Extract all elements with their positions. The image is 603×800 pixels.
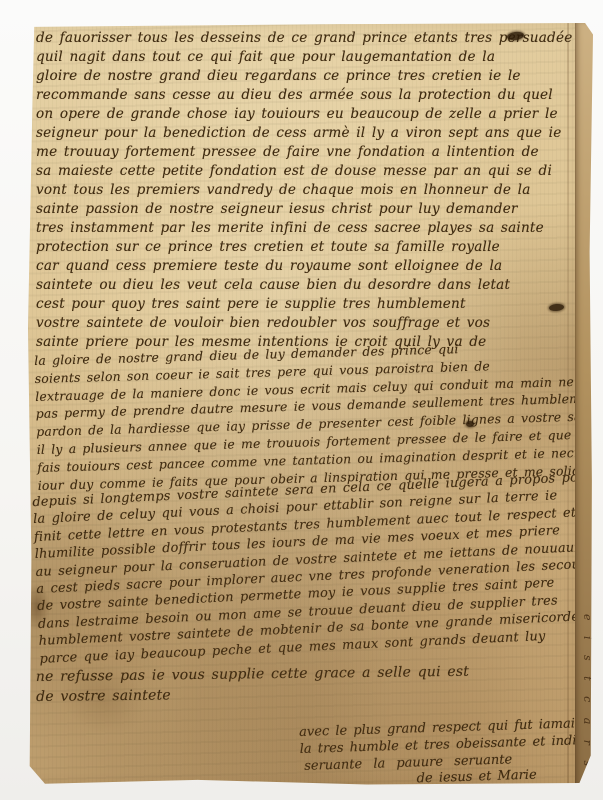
manuscript-line: sainte passion de nostre seigneur iesus … [36,200,567,219]
letter-body-upper: de fauorisser tous les desseins de ce gr… [36,29,567,352]
manuscript-line: tres instamment par les merite infini de… [36,219,567,238]
letter-body-lower: depuis si longtemps vostre saintete sera… [32,470,570,668]
manuscript-line: car quand cess premiere teste du royaume… [36,257,567,276]
signature-block: avec le plus grand respect qui fut iamai… [299,716,602,793]
manuscript-line: quil nagit dans tout ce qui fait que pou… [36,48,567,67]
manuscript-line: seigneur pour la benediction de cess arm… [36,124,567,143]
manuscript-line: de fauorisser tous les desseins de ce gr… [36,29,567,48]
manuscript-line: cest pour quoy tres saint pere ie suppli… [36,295,567,314]
scan-background: de fauorisser tous les desseins de ce gr… [0,0,603,800]
manuscript-line: gloire de nostre grand dieu regardans ce… [36,67,567,86]
letter-page: de fauorisser tous les desseins de ce gr… [28,23,593,786]
ink-blot [466,421,474,427]
page-fold-edge: e i s t c a r s [575,23,593,786]
manuscript-line: sa maieste cette petite fondation est de… [36,162,567,181]
manuscript-line: saintete ou dieu les veut cela cause bie… [36,276,567,295]
manuscript-line: protection sur ce prince tres cretien et… [36,238,567,257]
edge-marginalia: e i s t c a r s [579,614,594,782]
manuscript-line: recommande sans cesse au dieu des armée … [36,86,567,105]
manuscript-line: me trouuay fortement pressee de faire vn… [36,143,567,162]
letter-body: de fauorisser tous les desseins de ce gr… [36,29,567,707]
manuscript-line: on opere de grande chose iay touiours eu… [36,105,567,124]
manuscript-line: vostre saintete de vouloir bien redouble… [36,314,567,333]
letter-body-end: ne refusse pas ie vous supplie cette gra… [36,662,567,707]
letter-body-middle: la gloire de nostre grand dieu de luy de… [34,337,569,494]
manuscript-line: vont tous les premiers vandredy de chaqu… [36,181,567,200]
